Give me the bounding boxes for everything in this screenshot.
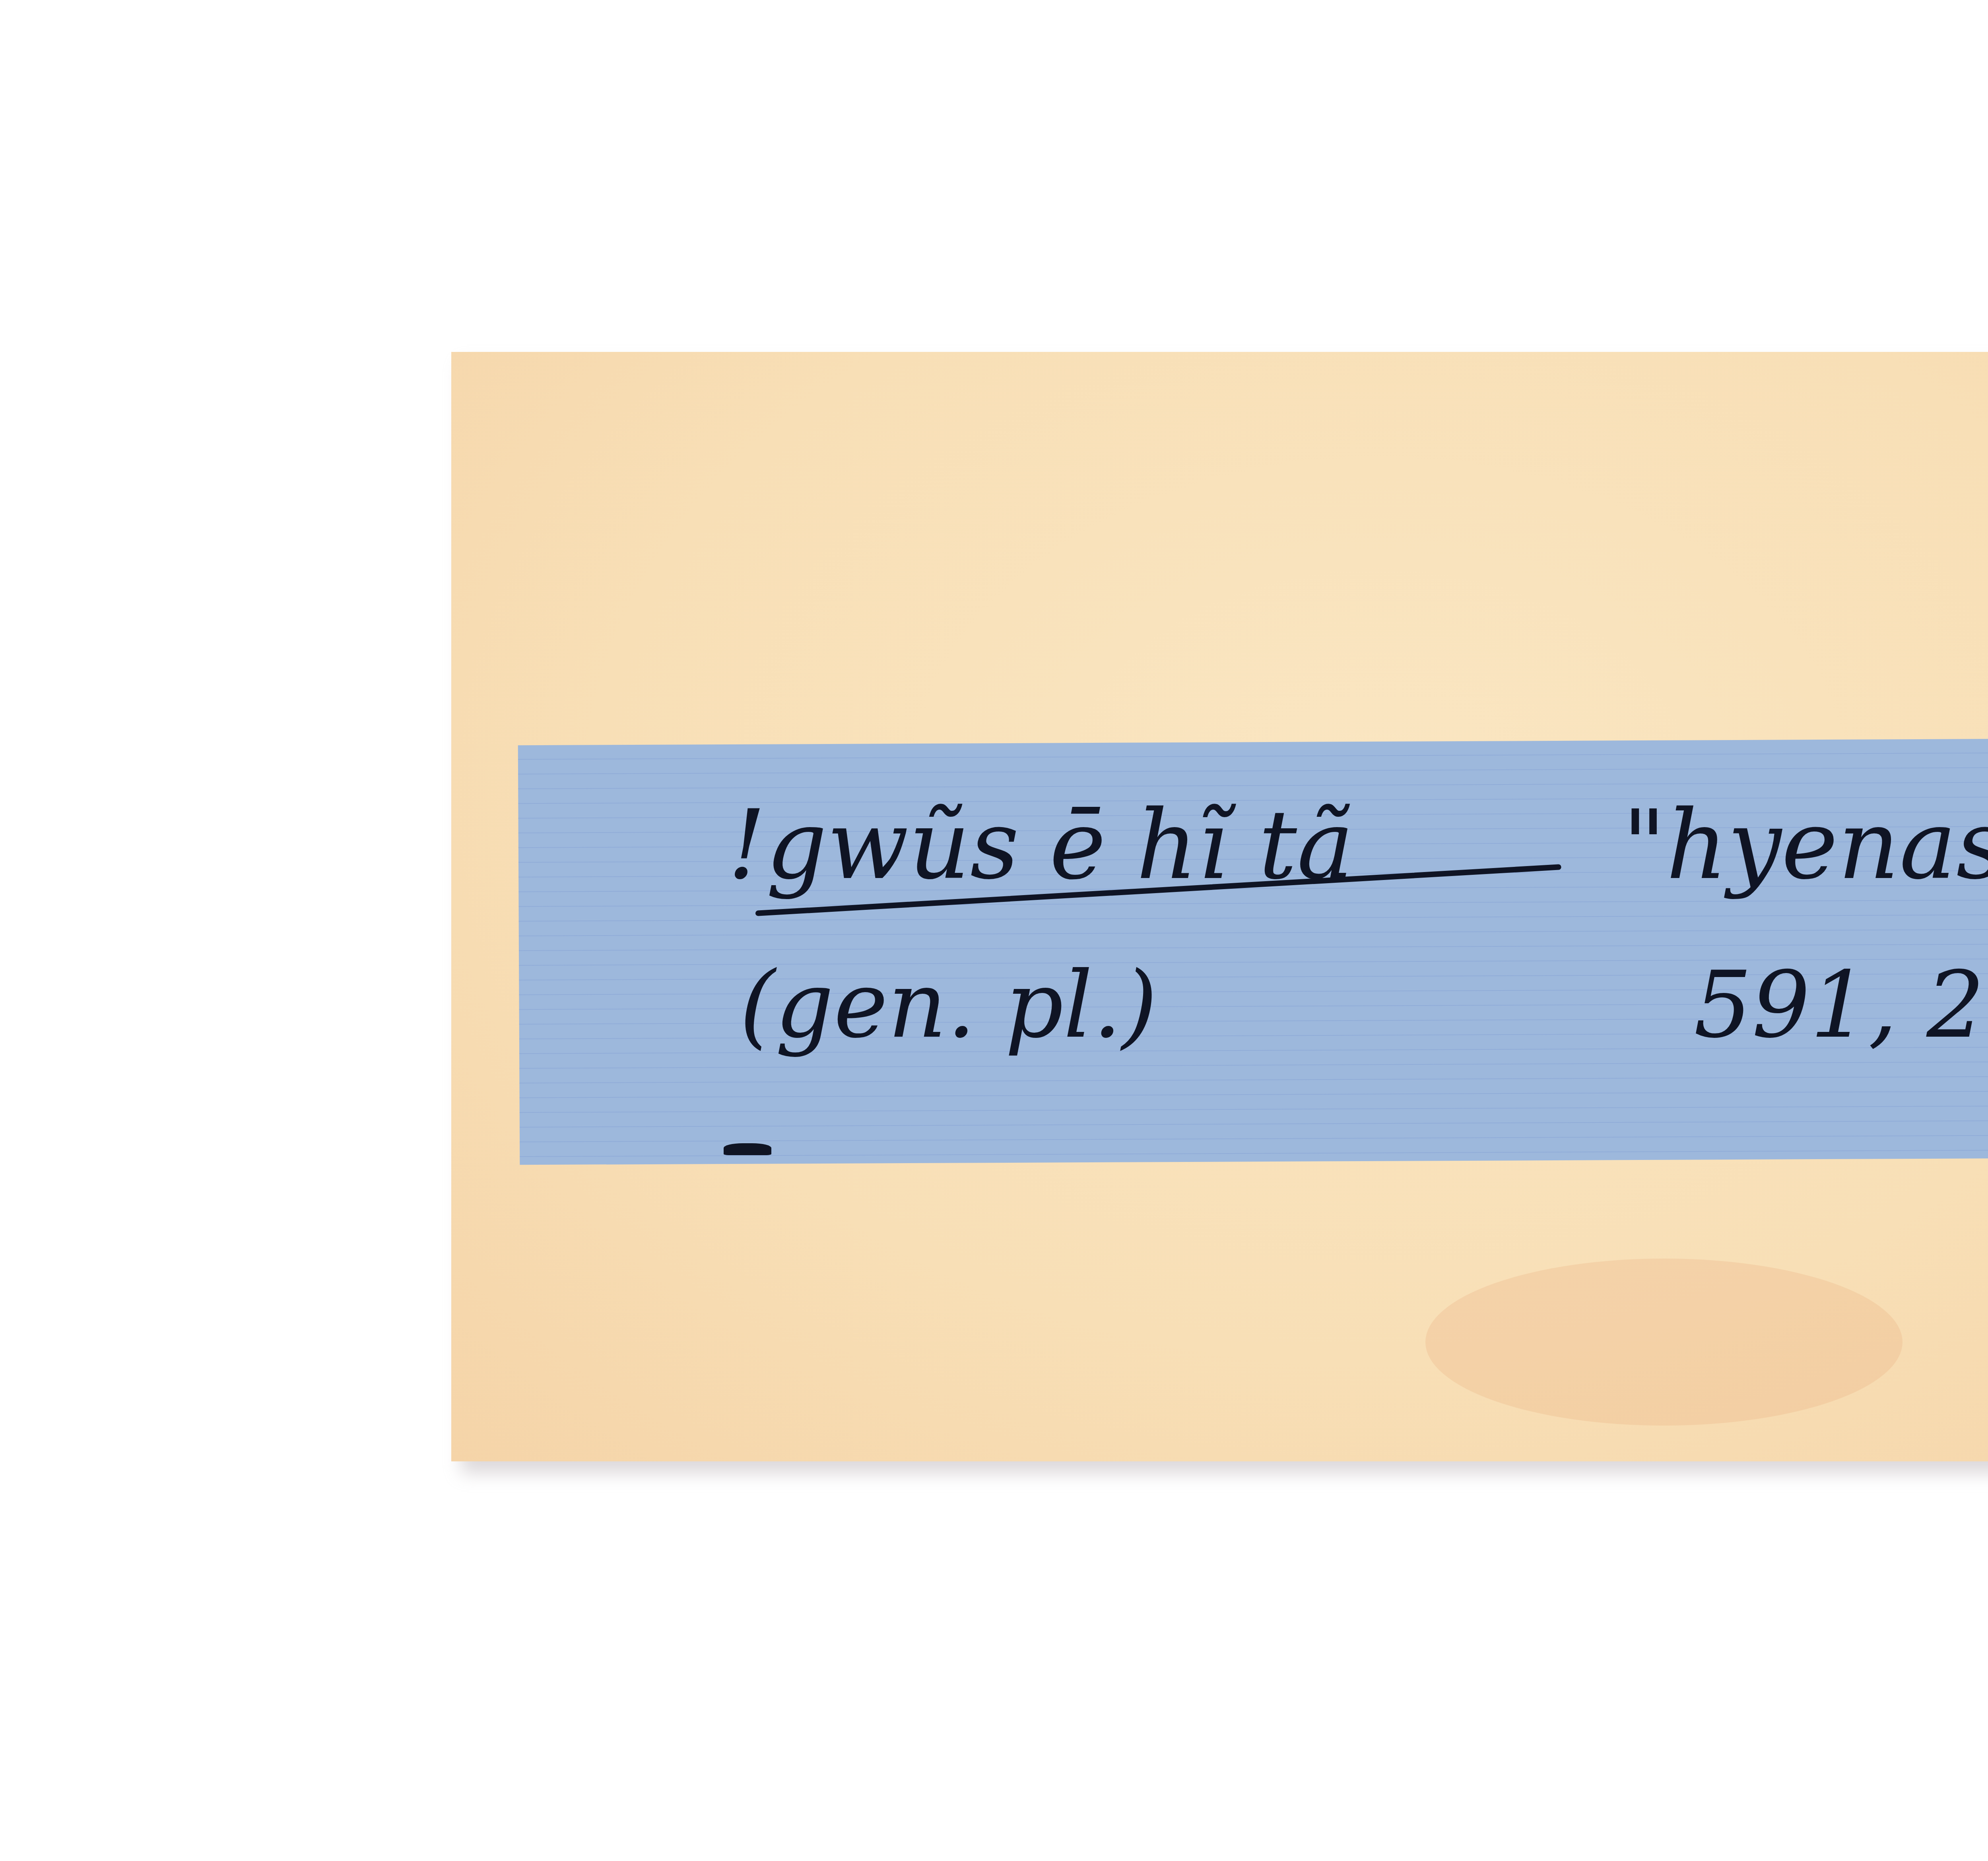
foxing-stain: [1425, 1259, 1903, 1426]
page-reference: 591, 2.: [1694, 952, 1988, 1059]
grammar-note: (gen. pl.): [740, 952, 1157, 1059]
english-gloss: "hyenas": [1622, 789, 1988, 901]
ink-blot: [724, 1143, 771, 1155]
